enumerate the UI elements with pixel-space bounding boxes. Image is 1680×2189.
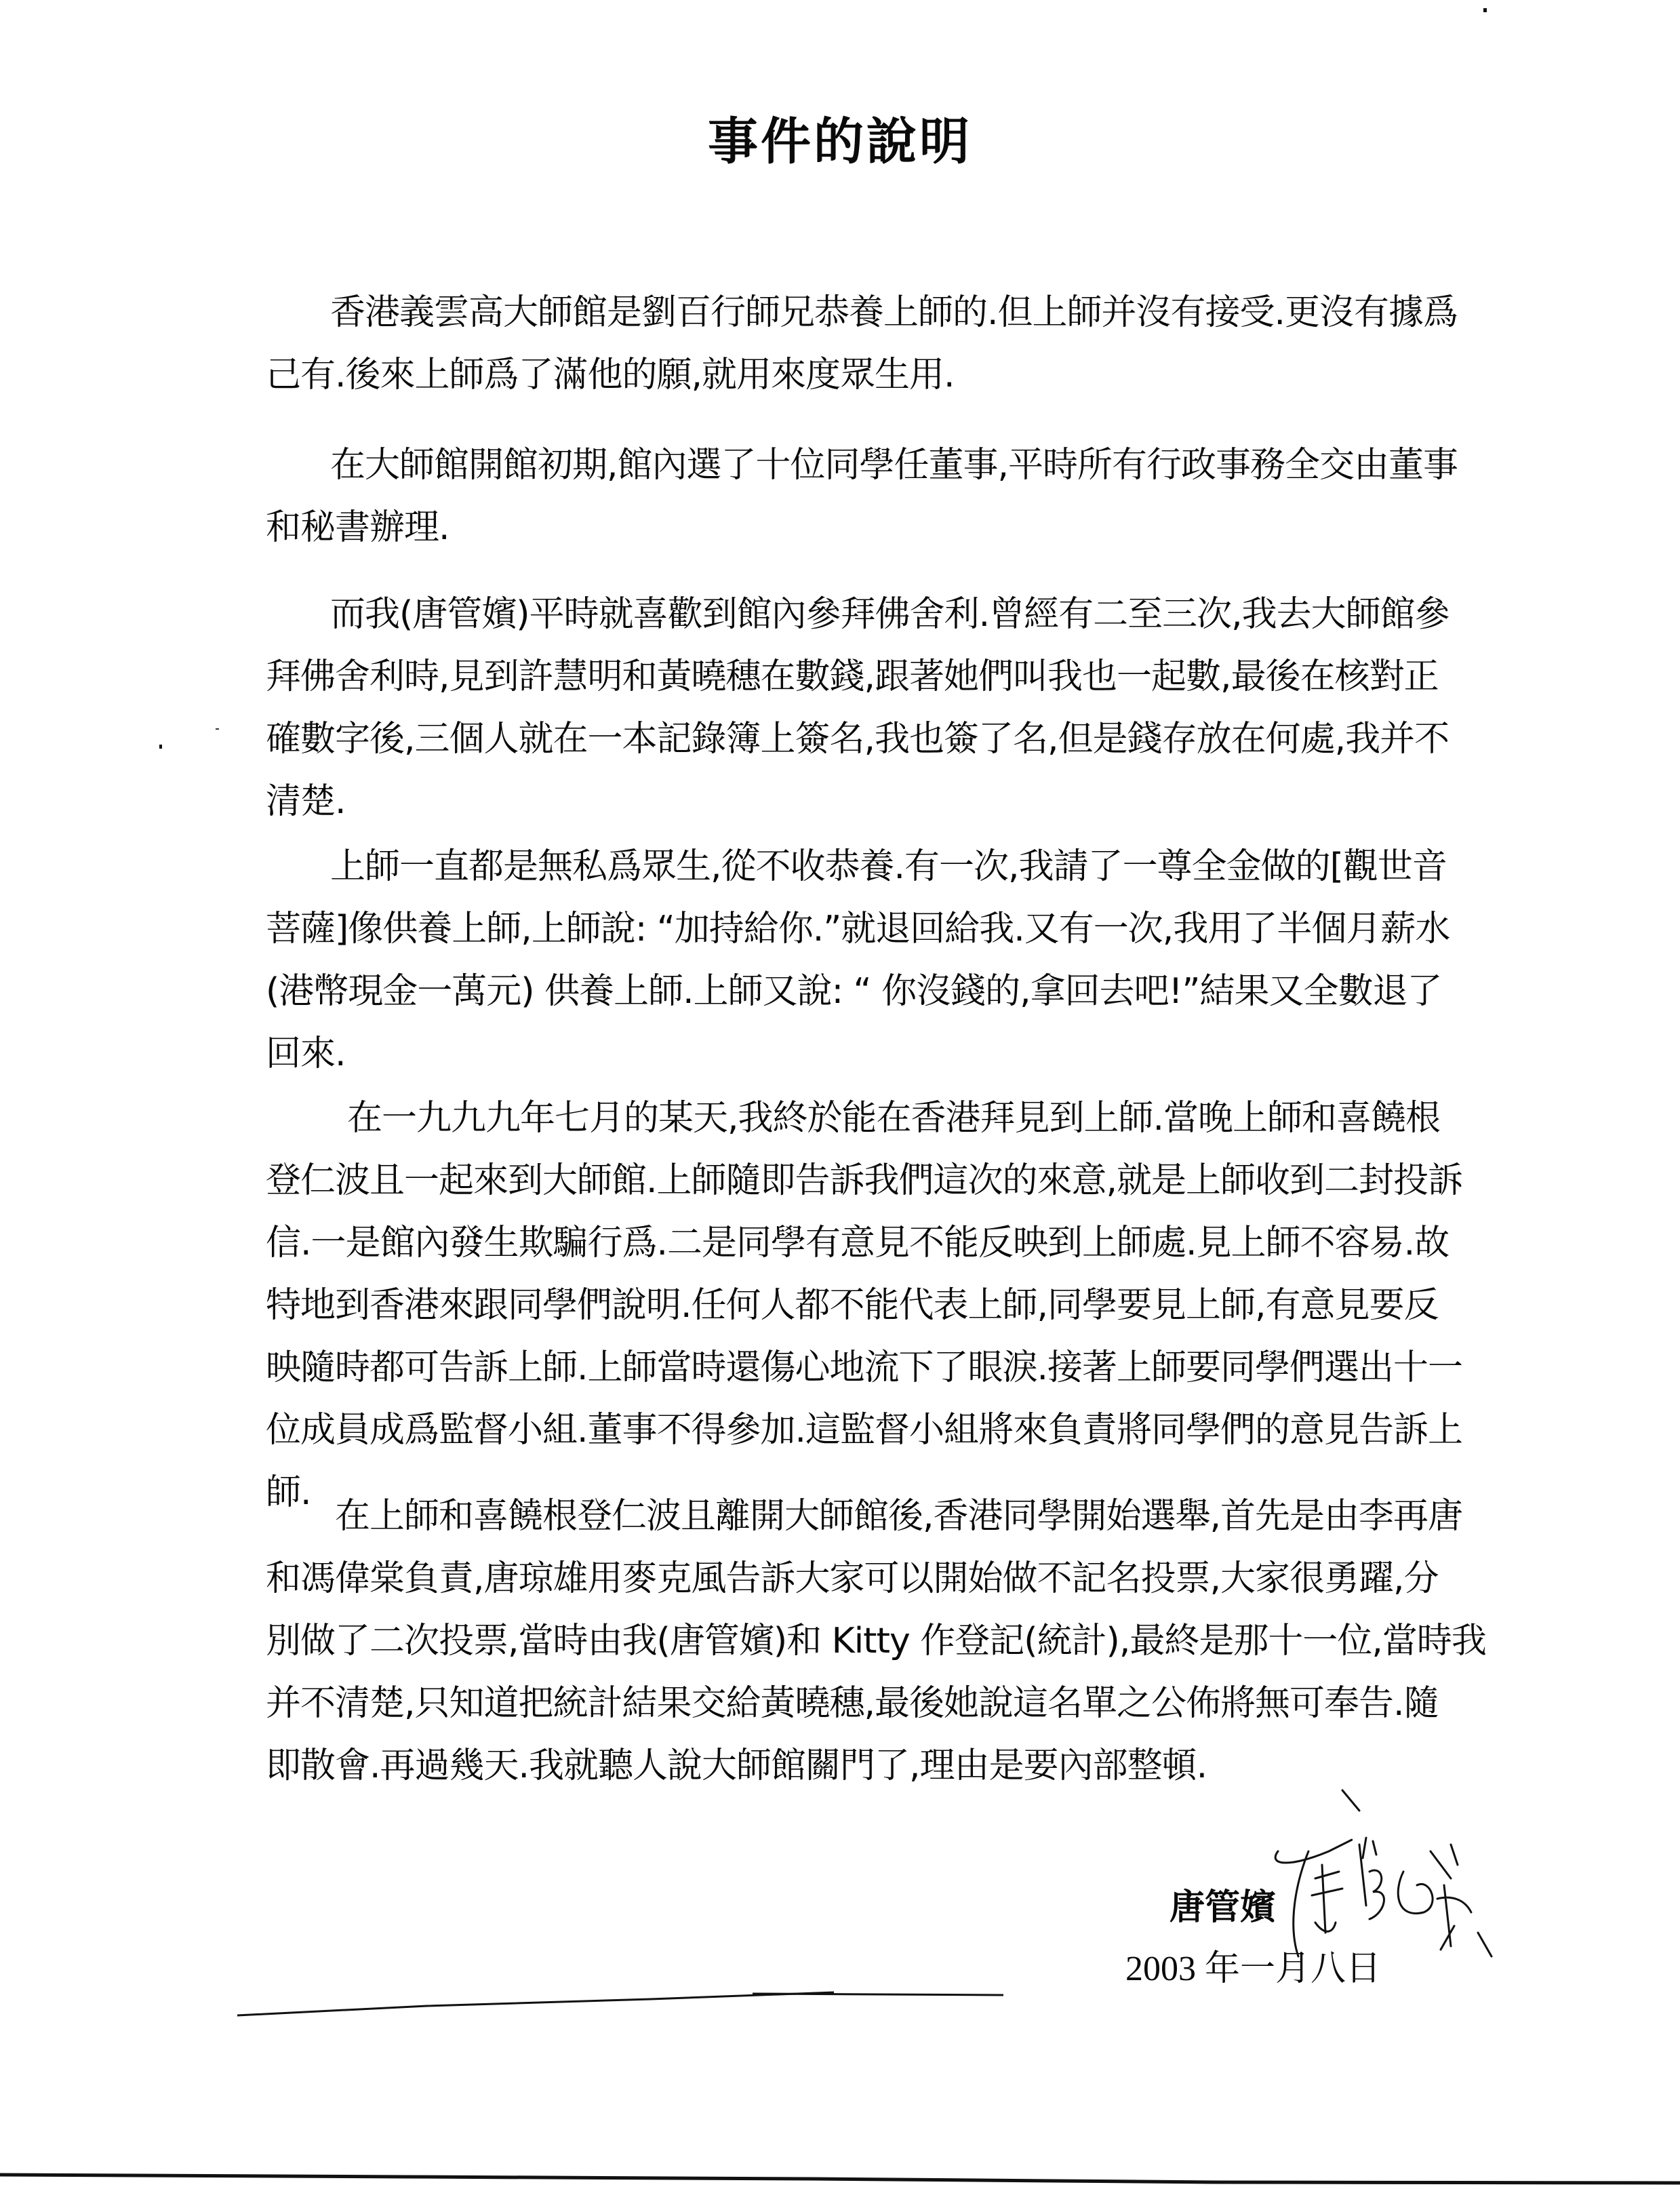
paragraph-line: 香港義雲高大師館是劉百行師兄恭養上師的.但上師并沒有接受.更沒有據爲 [266,281,1445,344]
paragraph-1: 香港義雲高大師館是劉百行師兄恭養上師的.但上師并沒有接受.更沒有據爲 己有.後來… [266,281,1445,406]
paragraph-line: 而我(唐管嬪)平時就喜歡到館內參拜佛舍利.曾經有二至三次,我去大師館參 [266,583,1445,646]
paragraph-line: (港幣現金一萬元) 供養上師.上師又說: “ 你沒錢的,拿回去吧!”結果又全數退… [266,960,1445,1023]
document-title: 事件的說明 [0,102,1680,174]
paragraph-line: 和秘書辦理. [266,496,1445,559]
paragraph-line: 清楚. [266,770,1445,833]
paragraph-line: 在上師和喜饒根登仁波且離開大師館後,香港同學開始選舉,首先是由李再唐 [266,1485,1445,1547]
paragraph-line: 回來. [266,1023,1445,1085]
paragraph-line: 登仁波且一起來到大師館.上師隨即告訴我們這次的來意,就是上師收到二封投訴 [266,1149,1445,1212]
paragraph-2: 在大師館開館初期,館內選了十位同學任董事,平時所有行政事務全交由董事 和秘書辦理… [266,434,1445,559]
paragraph-line: 映隨時都可告訴上師.上師當時還傷心地流下了眼淚.接著上師要同學們選出十一 [266,1337,1445,1399]
handwritten-signature-icon [1247,1777,1532,1967]
paragraph-line: 在大師館開館初期,館內選了十位同學任董事,平時所有行政事務全交由董事 [266,434,1445,496]
paragraph-line: 菩薩]像供養上師,上師說: “加持給你.”就退回給我.又有一次,我用了半個月薪水 [266,898,1445,960]
paragraph-5: 在一九九九年七月的某天,我終於能在香港拜見到上師.當晚上師和喜饒根 登仁波且一起… [266,1087,1445,1524]
paragraph-line: 信.一是館內發生欺騙行爲.二是同學有意見不能反映到上師處.見上師不容易.故 [266,1212,1445,1274]
paragraph-line: 別做了二次投票,當時由我(唐管嬪)和 Kitty 作登記(統計),最終是那十一位… [266,1610,1445,1672]
paragraph-4: 上師一直都是無私爲眾生,從不收恭養.有一次,我請了一尊全金做的[觀世音 菩薩]像… [266,835,1445,1085]
paragraph-line: 拜佛舍利時,見到許慧明和黃曉穗在數錢,跟著她們叫我也一起數,最後在核對正 [266,646,1445,708]
paragraph-line: 和馮偉棠負責,唐琼雄用麥克風告訴大家可以開始做不記名投票,大家很勇躍,分 [266,1547,1445,1610]
paragraph-line: 確數字後,三個人就在一本記錄簿上簽名,我也簽了名,但是錢存放在何處,我并不 [266,708,1445,770]
paragraph-line: 位成員成爲監督小組.董事不得參加.這監督小組將來負責將同學們的意見告訴上 [266,1399,1445,1461]
paragraph-line: 特地到香港來跟同學們說明.任何人都不能代表上師,同學要見上師,有意見要反 [266,1274,1445,1337]
scanned-document-page: 事件的說明 香港義雲高大師館是劉百行師兄恭養上師的.但上師并沒有接受.更沒有據爲… [0,0,1680,2189]
paragraph-line: 上師一直都是無私爲眾生,從不收恭養.有一次,我請了一尊全金做的[觀世音 [266,835,1445,898]
paragraph-line: 并不清楚,只知道把統計結果交給黃曉穗,最後她說這名單之公佈將無可奉告.隨 [266,1672,1445,1735]
paragraph-3: 而我(唐管嬪)平時就喜歡到館內參拜佛舍利.曾經有二至三次,我去大師館參 拜佛舍利… [266,583,1445,833]
paragraph-line: 己有.後來上師爲了滿他的願,就用來度眾生用. [266,344,1445,406]
paragraph-line: 在一九九九年七月的某天,我終於能在香港拜見到上師.當晚上師和喜饒根 [266,1087,1445,1149]
paragraph-6: 在上師和喜饒根登仁波且離開大師館後,香港同學開始選舉,首先是由李再唐 和馮偉棠負… [266,1485,1445,1797]
